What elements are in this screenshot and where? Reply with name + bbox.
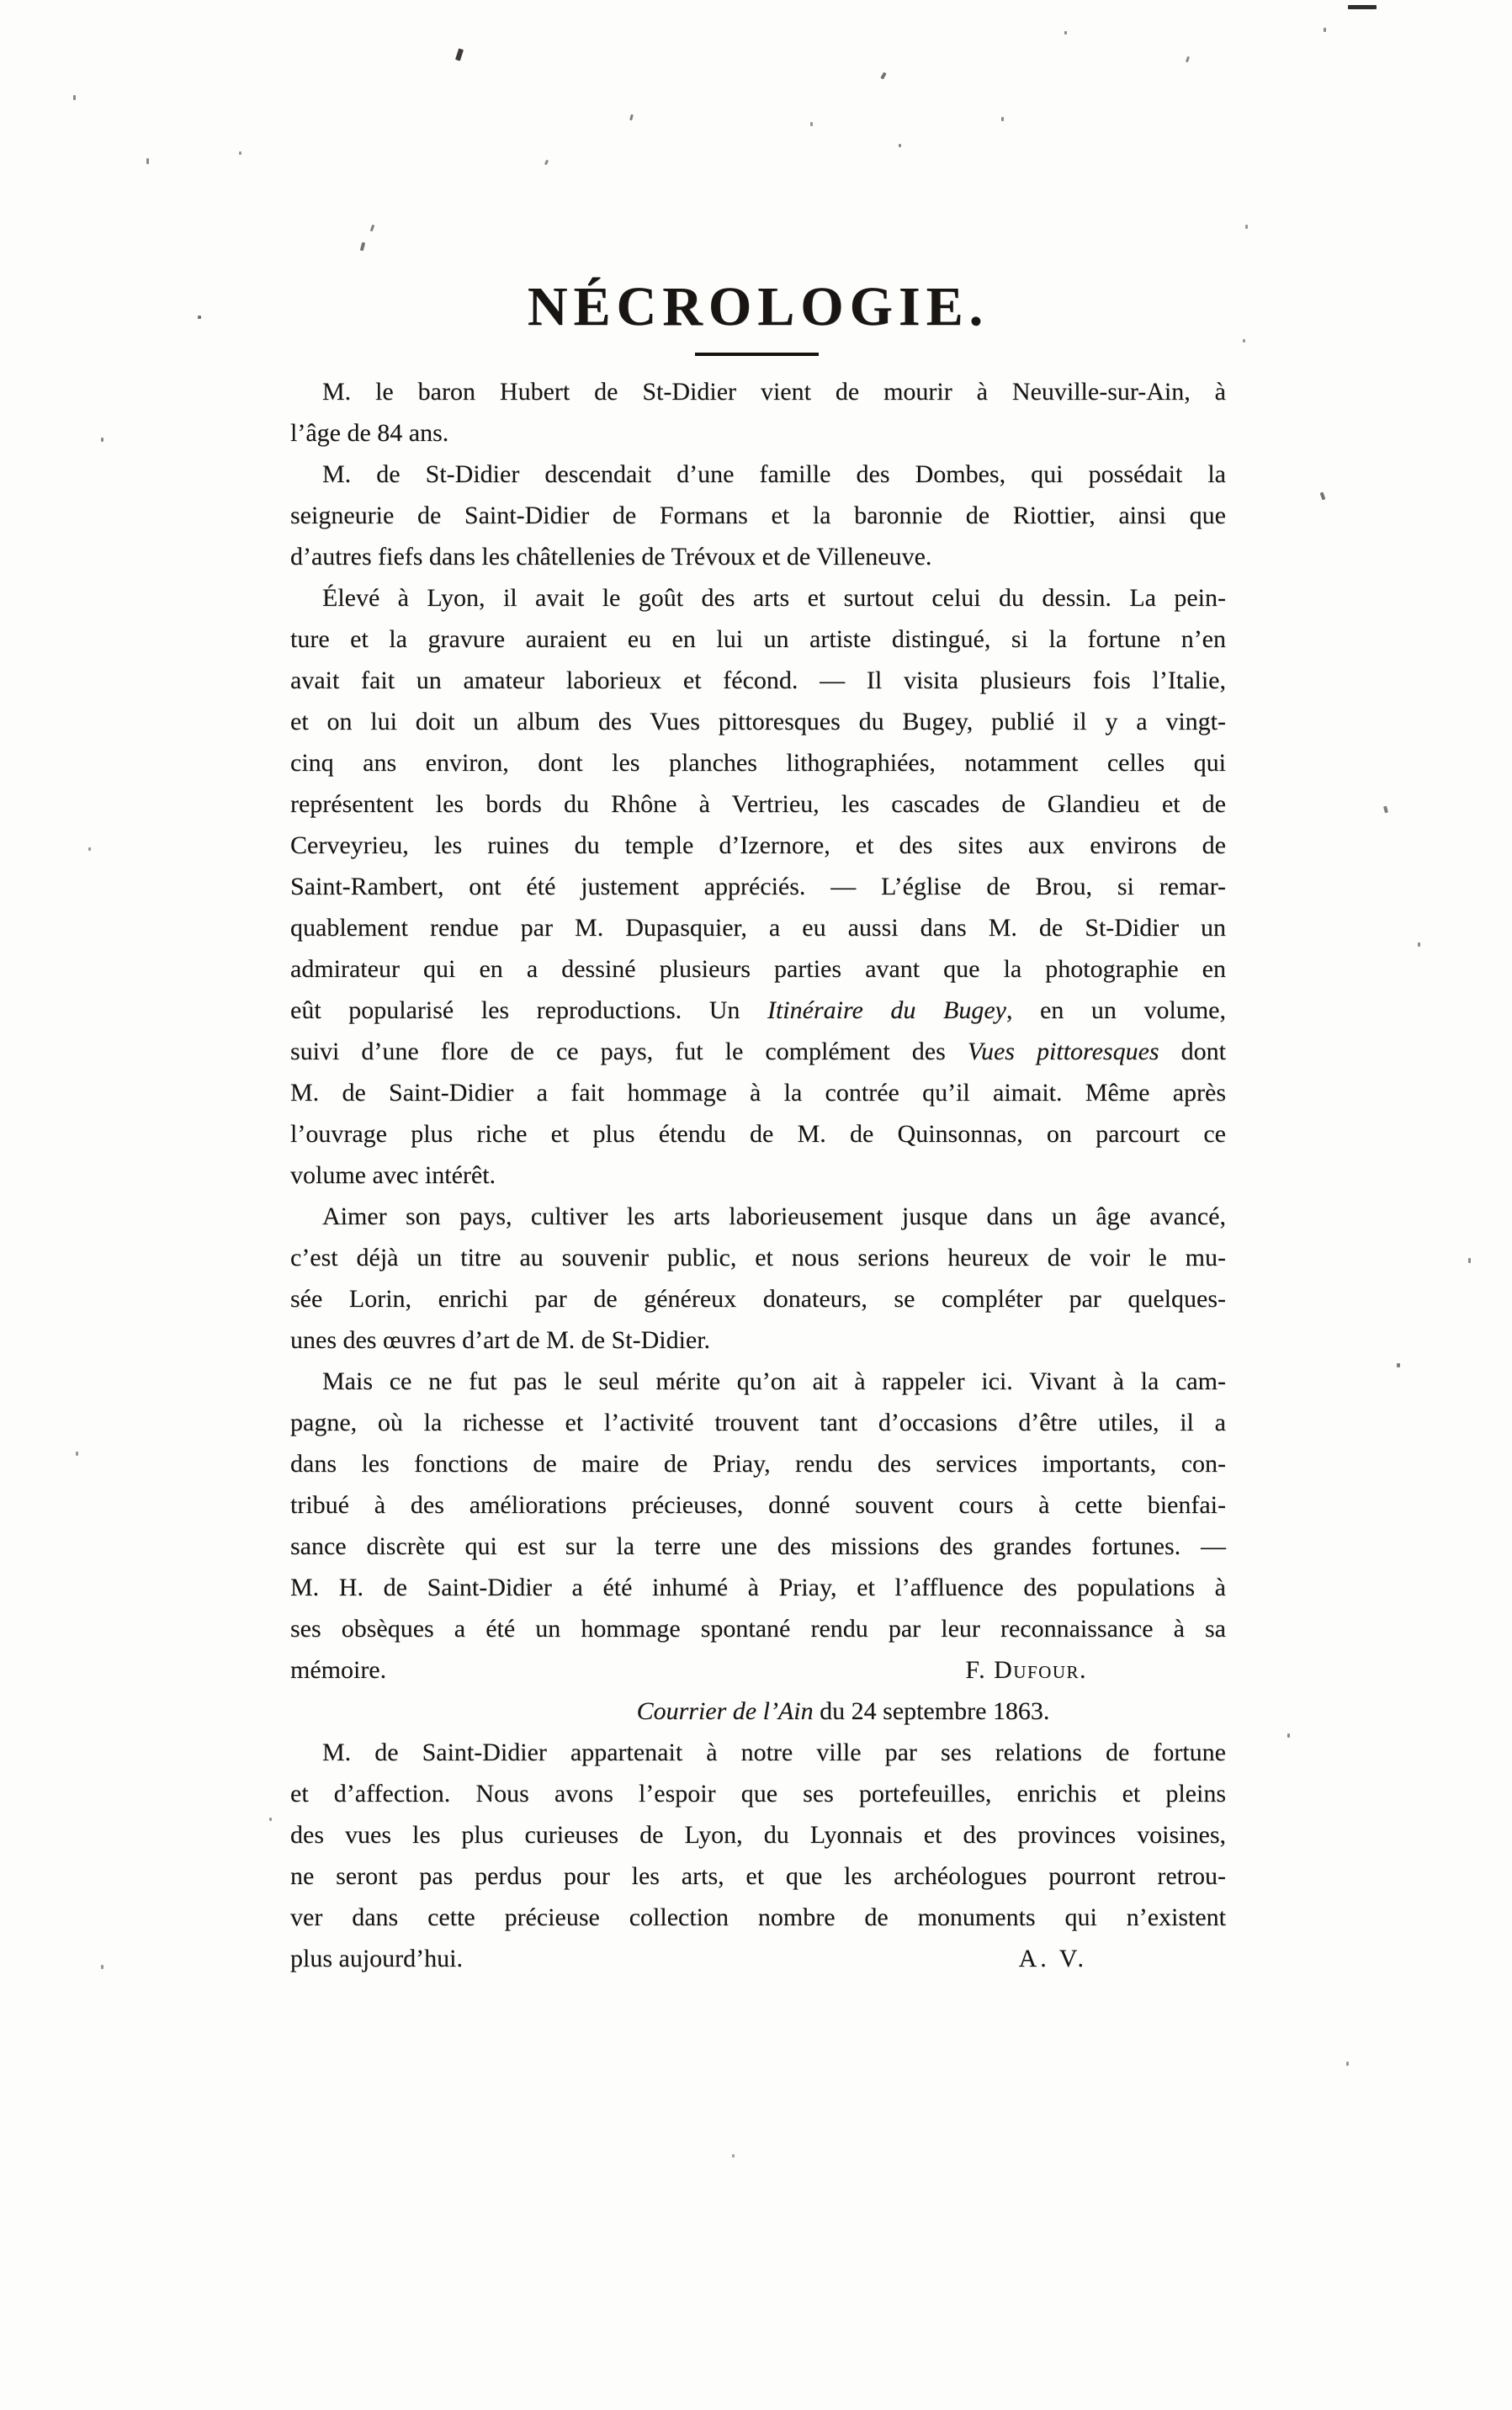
text-line: représentent les bords du Rhône à Vertri… xyxy=(290,783,1226,825)
text-line: quablement rendue par M. Dupasquier, a e… xyxy=(290,907,1226,948)
text-segment: plus aujourd’hui. xyxy=(290,1945,463,1972)
scan-speck xyxy=(1383,806,1388,814)
text-line: suivi d’une flore de ce pays, fut le com… xyxy=(290,1031,1226,1072)
text-segment: sée Lorin, enrichi par de généreux donat… xyxy=(290,1285,1226,1313)
text-segment: des vues les plus curieuses de Lyon, du … xyxy=(290,1821,1226,1849)
scan-speck xyxy=(1001,117,1004,121)
text-segment: tribué à des améliorations précieuses, d… xyxy=(290,1491,1226,1519)
text-line: Cerveyrieu, les ruines du temple d’Izern… xyxy=(290,825,1226,866)
text-line: M. le baron Hubert de St-Didier vient de… xyxy=(290,371,1226,412)
text-segment: Saint-Rambert, ont été justement appréci… xyxy=(290,873,1226,900)
scan-speck xyxy=(1287,1733,1290,1738)
scan-speck xyxy=(1245,225,1248,229)
scan-speck xyxy=(146,158,149,164)
text-segment: suivi d’une flore de ce pays, fut le com… xyxy=(290,1038,968,1065)
text-segment: d’autres fiefs dans les châtellenies de … xyxy=(290,543,931,571)
italic-text-segment: Courrier de l’Ain xyxy=(637,1697,814,1725)
text-line: et on lui doit un album des Vues pittore… xyxy=(290,701,1226,742)
text-line: cinq ans environ, dont les planches lith… xyxy=(290,742,1226,783)
text-line: M. H. de Saint-Didier a été inhumé à Pri… xyxy=(290,1567,1226,1608)
text-line: seigneurie de Saint-Didier de Formans et… xyxy=(290,495,1226,536)
text-segment: seigneurie de Saint-Didier de Formans et… xyxy=(290,502,1226,529)
text-segment: M. de Saint-Didier a fait hommage à la c… xyxy=(290,1079,1226,1107)
text-segment: mémoire. xyxy=(290,1656,386,1684)
scan-speck xyxy=(1468,1258,1471,1263)
text-line: M. de Saint-Didier a fait hommage à la c… xyxy=(290,1072,1226,1113)
text-line: eût popularisé les reproductions. Un Iti… xyxy=(290,990,1226,1031)
text-line: des vues les plus curieuses de Lyon, du … xyxy=(290,1814,1226,1855)
scan-speck xyxy=(269,1818,272,1821)
italic-text-segment: Vues pittoresques xyxy=(968,1038,1159,1065)
text-segment: ses obsèques a été un hommage spontané r… xyxy=(290,1615,1226,1643)
scan-speck xyxy=(1324,28,1326,32)
scan-speck xyxy=(732,2154,735,2158)
text-line: volume avec intérêt. xyxy=(290,1155,1226,1196)
italic-text-segment: Itinéraire du Bugey xyxy=(767,996,1006,1024)
scan-speck xyxy=(76,1452,78,1456)
scan-speck xyxy=(360,242,365,252)
text-segment: ver dans cette précieuse collection nomb… xyxy=(290,1903,1226,1931)
text-line: ne seront pas perdus pour les arts, et q… xyxy=(290,1855,1226,1897)
scan-speck xyxy=(1186,56,1190,63)
scanned-document-page: NÉCROLOGIE. M. le baron Hubert de St-Did… xyxy=(0,0,1512,2410)
text-line: l’ouvrage plus riche et plus étendu de M… xyxy=(290,1113,1226,1155)
text-line: M. de Saint-Didier appartenait à notre v… xyxy=(290,1732,1226,1773)
scan-speck xyxy=(239,151,241,155)
text-segment: M. de St-Didier descendait d’une famille… xyxy=(322,460,1226,488)
text-line: avait fait un amateur laborieux et fécon… xyxy=(290,660,1226,701)
text-segment: Cerveyrieu, les ruines du temple d’Izern… xyxy=(290,831,1226,859)
text-segment: eût popularisé les reproductions. Un xyxy=(290,996,767,1024)
signature: A. V. xyxy=(1019,1938,1087,1979)
text-line: admirateur qui en a dessiné plusieurs pa… xyxy=(290,948,1226,990)
text-segment: c’est déjà un titre au souvenir public, … xyxy=(290,1244,1226,1271)
text-line: c’est déjà un titre au souvenir public, … xyxy=(290,1237,1226,1278)
text-segment: sance discrète qui est sur la terre une … xyxy=(290,1532,1226,1560)
scan-speck xyxy=(629,114,634,121)
scan-speck xyxy=(1243,339,1245,342)
scan-speck xyxy=(198,316,201,319)
text-line: ver dans cette précieuse collection nomb… xyxy=(290,1897,1226,1938)
text-segment: représentent les bords du Rhône à Vertri… xyxy=(290,790,1226,818)
scan-speck xyxy=(880,72,886,80)
text-line: sée Lorin, enrichi par de généreux donat… xyxy=(290,1278,1226,1319)
text-line: l’âge de 84 ans. xyxy=(290,412,1226,454)
text-segment: dans les fonctions de maire de Priay, re… xyxy=(290,1450,1226,1478)
text-segment: ne seront pas perdus pour les arts, et q… xyxy=(290,1862,1226,1890)
scan-speck xyxy=(88,847,91,851)
scan-speck xyxy=(101,438,103,442)
text-line: dans les fonctions de maire de Priay, re… xyxy=(290,1443,1226,1484)
text-line: Mais ce ne fut pas le seul mérite qu’on … xyxy=(290,1361,1226,1402)
text-segment: admirateur qui en a dessiné plusieurs pa… xyxy=(290,955,1226,983)
text-segment: l’ouvrage plus riche et plus étendu de M… xyxy=(290,1120,1226,1148)
text-segment: Aimer son pays, cultiver les arts labori… xyxy=(322,1202,1226,1230)
text-line: et d’affection. Nous avons l’espoir que … xyxy=(290,1773,1226,1814)
text-segment: et d’affection. Nous avons l’espoir que … xyxy=(290,1780,1226,1807)
text-segment: dont xyxy=(1159,1038,1226,1065)
text-line: sance discrète qui est sur la terre une … xyxy=(290,1526,1226,1567)
text-segment: ture et la gravure auraient eu en lui un… xyxy=(290,625,1226,653)
text-segment: et on lui doit un album des Vues pittore… xyxy=(290,708,1226,735)
text-line: ture et la gravure auraient eu en lui un… xyxy=(290,618,1226,660)
text-segment: M. H. de Saint-Didier a été inhumé à Pri… xyxy=(290,1574,1226,1601)
text-segment: l’âge de 84 ans. xyxy=(290,419,448,447)
text-segment: du 24 septembre 1863. xyxy=(814,1697,1050,1725)
title-rule xyxy=(695,353,819,356)
text-segment: M. le baron Hubert de St-Didier vient de… xyxy=(322,378,1226,406)
text-segment: volume avec intérêt. xyxy=(290,1161,496,1189)
scan-speck xyxy=(1418,942,1420,947)
text-line: unes des œuvres d’art de M. de St-Didier… xyxy=(290,1319,1226,1361)
text-line: Saint-Rambert, ont été justement appréci… xyxy=(290,866,1226,907)
text-line: Élevé à Lyon, il avait le goût des arts … xyxy=(290,577,1226,618)
text-segment: unes des œuvres d’art de M. de St-Didier… xyxy=(290,1326,710,1354)
text-line: mémoire.F. Dufour. xyxy=(290,1649,1226,1691)
text-line: plus aujourd’hui.A. V. xyxy=(290,1938,1226,1979)
scan-speck xyxy=(899,144,901,147)
page-title: NÉCROLOGIE. xyxy=(290,279,1226,335)
text-line: M. de St-Didier descendait d’une famille… xyxy=(290,454,1226,495)
text-segment: quablement rendue par M. Dupasquier, a e… xyxy=(290,914,1226,942)
text-line: Aimer son pays, cultiver les arts labori… xyxy=(290,1196,1226,1237)
text-line: d’autres fiefs dans les châtellenies de … xyxy=(290,536,1226,577)
text-segment: , en un volume, xyxy=(1006,996,1226,1024)
scan-speck xyxy=(101,1965,103,1969)
scan-speck xyxy=(1320,492,1326,501)
text-line: ses obsèques a été un hommage spontané r… xyxy=(290,1608,1226,1649)
scan-speck xyxy=(810,122,813,126)
text-line: Courrier de l’Ain du 24 septembre 1863. xyxy=(290,1691,1226,1732)
text-segment: Mais ce ne fut pas le seul mérite qu’on … xyxy=(322,1367,1226,1395)
article-lines: M. le baron Hubert de St-Didier vient de… xyxy=(290,371,1226,1979)
scan-speck xyxy=(1397,1363,1400,1367)
scan-speck xyxy=(1346,2062,1349,2066)
scan-speck xyxy=(544,160,549,166)
text-segment: Élevé à Lyon, il avait le goût des arts … xyxy=(322,584,1226,612)
text-segment: M. de Saint-Didier appartenait à notre v… xyxy=(322,1738,1226,1766)
scan-speck xyxy=(73,95,76,100)
text-line: pagne, où la richesse et l’activité trou… xyxy=(290,1402,1226,1443)
text-segment: cinq ans environ, dont les planches lith… xyxy=(290,749,1226,777)
text-segment: avait fait un amateur laborieux et fécon… xyxy=(290,666,1226,694)
scan-speck xyxy=(1064,31,1067,35)
scan-speck xyxy=(455,48,464,61)
signature: F. Dufour. xyxy=(965,1649,1087,1691)
text-line: tribué à des améliorations précieuses, d… xyxy=(290,1484,1226,1526)
scan-speck xyxy=(1348,5,1377,9)
text-segment: pagne, où la richesse et l’activité trou… xyxy=(290,1409,1226,1436)
scan-speck xyxy=(370,225,375,232)
